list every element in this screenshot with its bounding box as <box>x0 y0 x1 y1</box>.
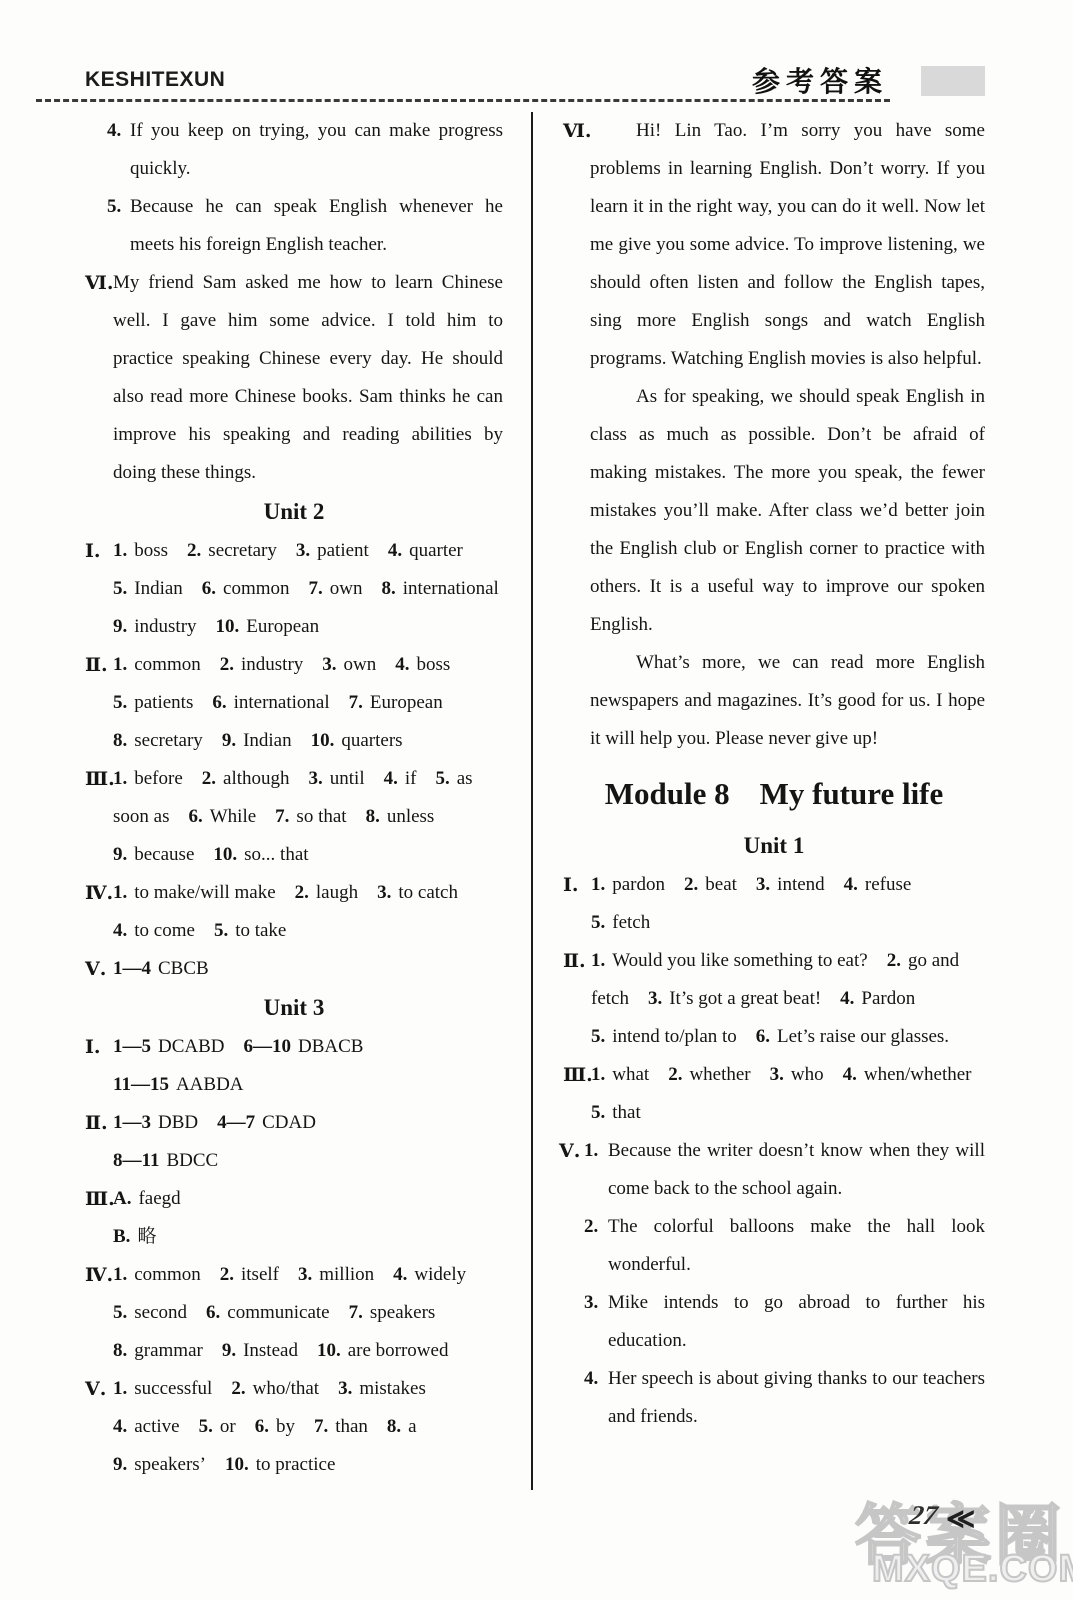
answer-list: Ⅲ. A.faegdB.略 <box>85 1180 503 1256</box>
answer-runs: 1.common2.itself3.million4.widely5.secon… <box>113 1264 485 1361</box>
roman-numeral: Ⅴ. <box>85 1370 106 1408</box>
answer-item: 5. Because he can speak English whenever… <box>85 188 503 264</box>
answer-runs: 1.to make/will make2.laugh3.to catch4.to… <box>113 882 477 941</box>
header-dashed-divider <box>36 99 890 102</box>
v-point: 4. Her speech is about giving thanks to … <box>608 1360 985 1436</box>
answer-list: Ⅳ. 1.common2.itself3.million4.widely5.se… <box>85 1256 503 1370</box>
roman-numeral: Ⅰ. <box>85 1028 101 1066</box>
column-divider <box>531 112 533 1490</box>
roman-numeral: Ⅴ. <box>85 950 106 988</box>
right-column: Ⅵ. Hi! Lin Tao. I’m sorry you have some … <box>563 112 985 1436</box>
answer-runs: 1—4CBCB <box>113 958 209 979</box>
roman-numeral: Ⅲ. <box>85 1180 115 1218</box>
answer-list: Ⅲ. 1.what2.whether3.who4.when/whether5.t… <box>563 1056 985 1132</box>
answer-item-vi: Ⅵ. My friend Sam asked me how to learn C… <box>85 264 503 492</box>
unit-2-heading: Unit 2 <box>85 492 503 532</box>
item-text: If you keep on trying, you can make prog… <box>130 120 503 179</box>
item-text: Because the writer doesn’t know when the… <box>608 1140 985 1199</box>
unit-3-heading: Unit 3 <box>85 988 503 1028</box>
item-text: Because he can speak English whenever he… <box>130 196 503 255</box>
roman-numeral: Ⅳ. <box>85 1256 113 1294</box>
answer-list: Ⅰ. 1—5DCABD6—10DBACB11—15AABDA <box>85 1028 503 1104</box>
v-point: 3. Mike intends to go abroad to further … <box>608 1284 985 1360</box>
item-number: 2. <box>584 1208 598 1246</box>
answer-list: Ⅲ. 1.before2.although3.until4.if5.as soo… <box>85 760 503 874</box>
brand-logo-text: KESHITEXUN <box>85 68 225 92</box>
answer-item: 4. If you keep on trying, you can make p… <box>85 112 503 188</box>
answer-runs: 1.successful2.who/that3.mistakes4.active… <box>113 1378 445 1475</box>
left-column: 4. If you keep on trying, you can make p… <box>85 112 503 1484</box>
watermark-url: MXQE.COM <box>872 1548 1073 1591</box>
roman-numeral: Ⅰ. <box>563 866 579 904</box>
answer-list: Ⅰ. 1.pardon2.beat3.intend4.refuse5.fetch <box>563 866 985 942</box>
answer-list: Ⅴ. 1.successful2.who/that3.mistakes4.act… <box>85 1370 503 1484</box>
answer-runs: 1.boss2.secretary3.patient4.quarter5.Ind… <box>113 540 518 637</box>
roman-numeral: Ⅱ. <box>85 1104 108 1142</box>
answer-runs: 1.before2.although3.until4.if5.as soon a… <box>113 768 473 865</box>
item-text: My friend Sam asked me how to learn Chin… <box>113 272 503 483</box>
answer-list: Ⅳ. 1.to make/will make2.laugh3.to catch4… <box>85 874 503 950</box>
answer-list: Ⅴ. 1—4CBCB <box>85 950 503 988</box>
item-text: The colorful balloons make the hall look… <box>608 1216 985 1275</box>
roman-numeral: Ⅲ. <box>563 1056 593 1094</box>
module-name: My future life <box>760 776 944 811</box>
answer-runs: 1.what2.whether3.who4.when/whether5.that <box>591 1064 991 1123</box>
answer-runs: A.faegdB.略 <box>113 1188 200 1247</box>
essay-paragraph: Hi! Lin Tao. I’m sorry you have some pro… <box>590 112 985 378</box>
roman-numeral: Ⅱ. <box>563 942 586 980</box>
module-8-heading: Module 8My future life <box>563 770 985 818</box>
page-title: 参考答案 <box>752 60 888 100</box>
roman-numeral: Ⅴ. <box>559 1132 580 1170</box>
item-number: 5. <box>107 188 121 226</box>
answer-runs: 1.Would you like something to eat?2.go a… <box>591 950 959 1047</box>
answer-item-v: Ⅴ. 1. Because the writer doesn’t know wh… <box>563 1132 985 1436</box>
scanned-answer-page: KESHITEXUN 参考答案 4. If you keep on trying… <box>0 0 1073 1600</box>
answer-list: Ⅱ. 1—3DBD4—7CDAD8—11BDCC <box>85 1104 503 1180</box>
item-number: 1. <box>584 1132 598 1170</box>
essay-paragraph: As for speaking, we should speak English… <box>590 378 985 644</box>
roman-numeral: Ⅵ. <box>563 112 591 150</box>
v-point: 2. The colorful balloons make the hall l… <box>608 1208 985 1284</box>
answer-list: Ⅰ. 1.boss2.secretary3.patient4.quarter5.… <box>85 532 503 646</box>
roman-numeral: Ⅲ. <box>85 760 115 798</box>
item-number: 3. <box>584 1284 598 1322</box>
answer-runs: 1—3DBD4—7CDAD8—11BDCC <box>113 1112 335 1171</box>
item-text: Mike intends to go abroad to further his… <box>608 1292 985 1351</box>
roman-numeral: Ⅵ. <box>85 264 113 302</box>
essay-paragraph: What’s more, we can read more English ne… <box>590 644 985 758</box>
back-arrow-icon: ≪ <box>946 1502 975 1536</box>
roman-numeral: Ⅰ. <box>85 532 101 570</box>
page-number: 27 <box>907 1500 939 1531</box>
module-label: Module 8 <box>605 776 730 811</box>
answer-runs: 1—5DCABD6—10DBACB11—15AABDA <box>113 1036 382 1095</box>
header-badge <box>921 66 985 96</box>
item-text: Her speech is about giving thanks to our… <box>608 1368 985 1427</box>
answer-list: Ⅱ. 1.Would you like something to eat?2.g… <box>563 942 985 1056</box>
answer-runs: 1.common2.industry3.own4.boss5.patients6… <box>113 654 469 751</box>
roman-numeral: Ⅳ. <box>85 874 113 912</box>
answer-item-vi-essay: Ⅵ. Hi! Lin Tao. I’m sorry you have some … <box>563 112 985 758</box>
unit-1-heading: Unit 1 <box>563 826 985 866</box>
answer-runs: 1.pardon2.beat3.intend4.refuse5.fetch <box>591 874 930 933</box>
item-number: 4. <box>107 112 121 150</box>
roman-numeral: Ⅱ. <box>85 646 108 684</box>
v-point: 1. Because the writer doesn’t know when … <box>608 1132 985 1208</box>
item-number: 4. <box>584 1360 598 1398</box>
answer-list: Ⅱ. 1.common2.industry3.own4.boss5.patien… <box>85 646 503 760</box>
